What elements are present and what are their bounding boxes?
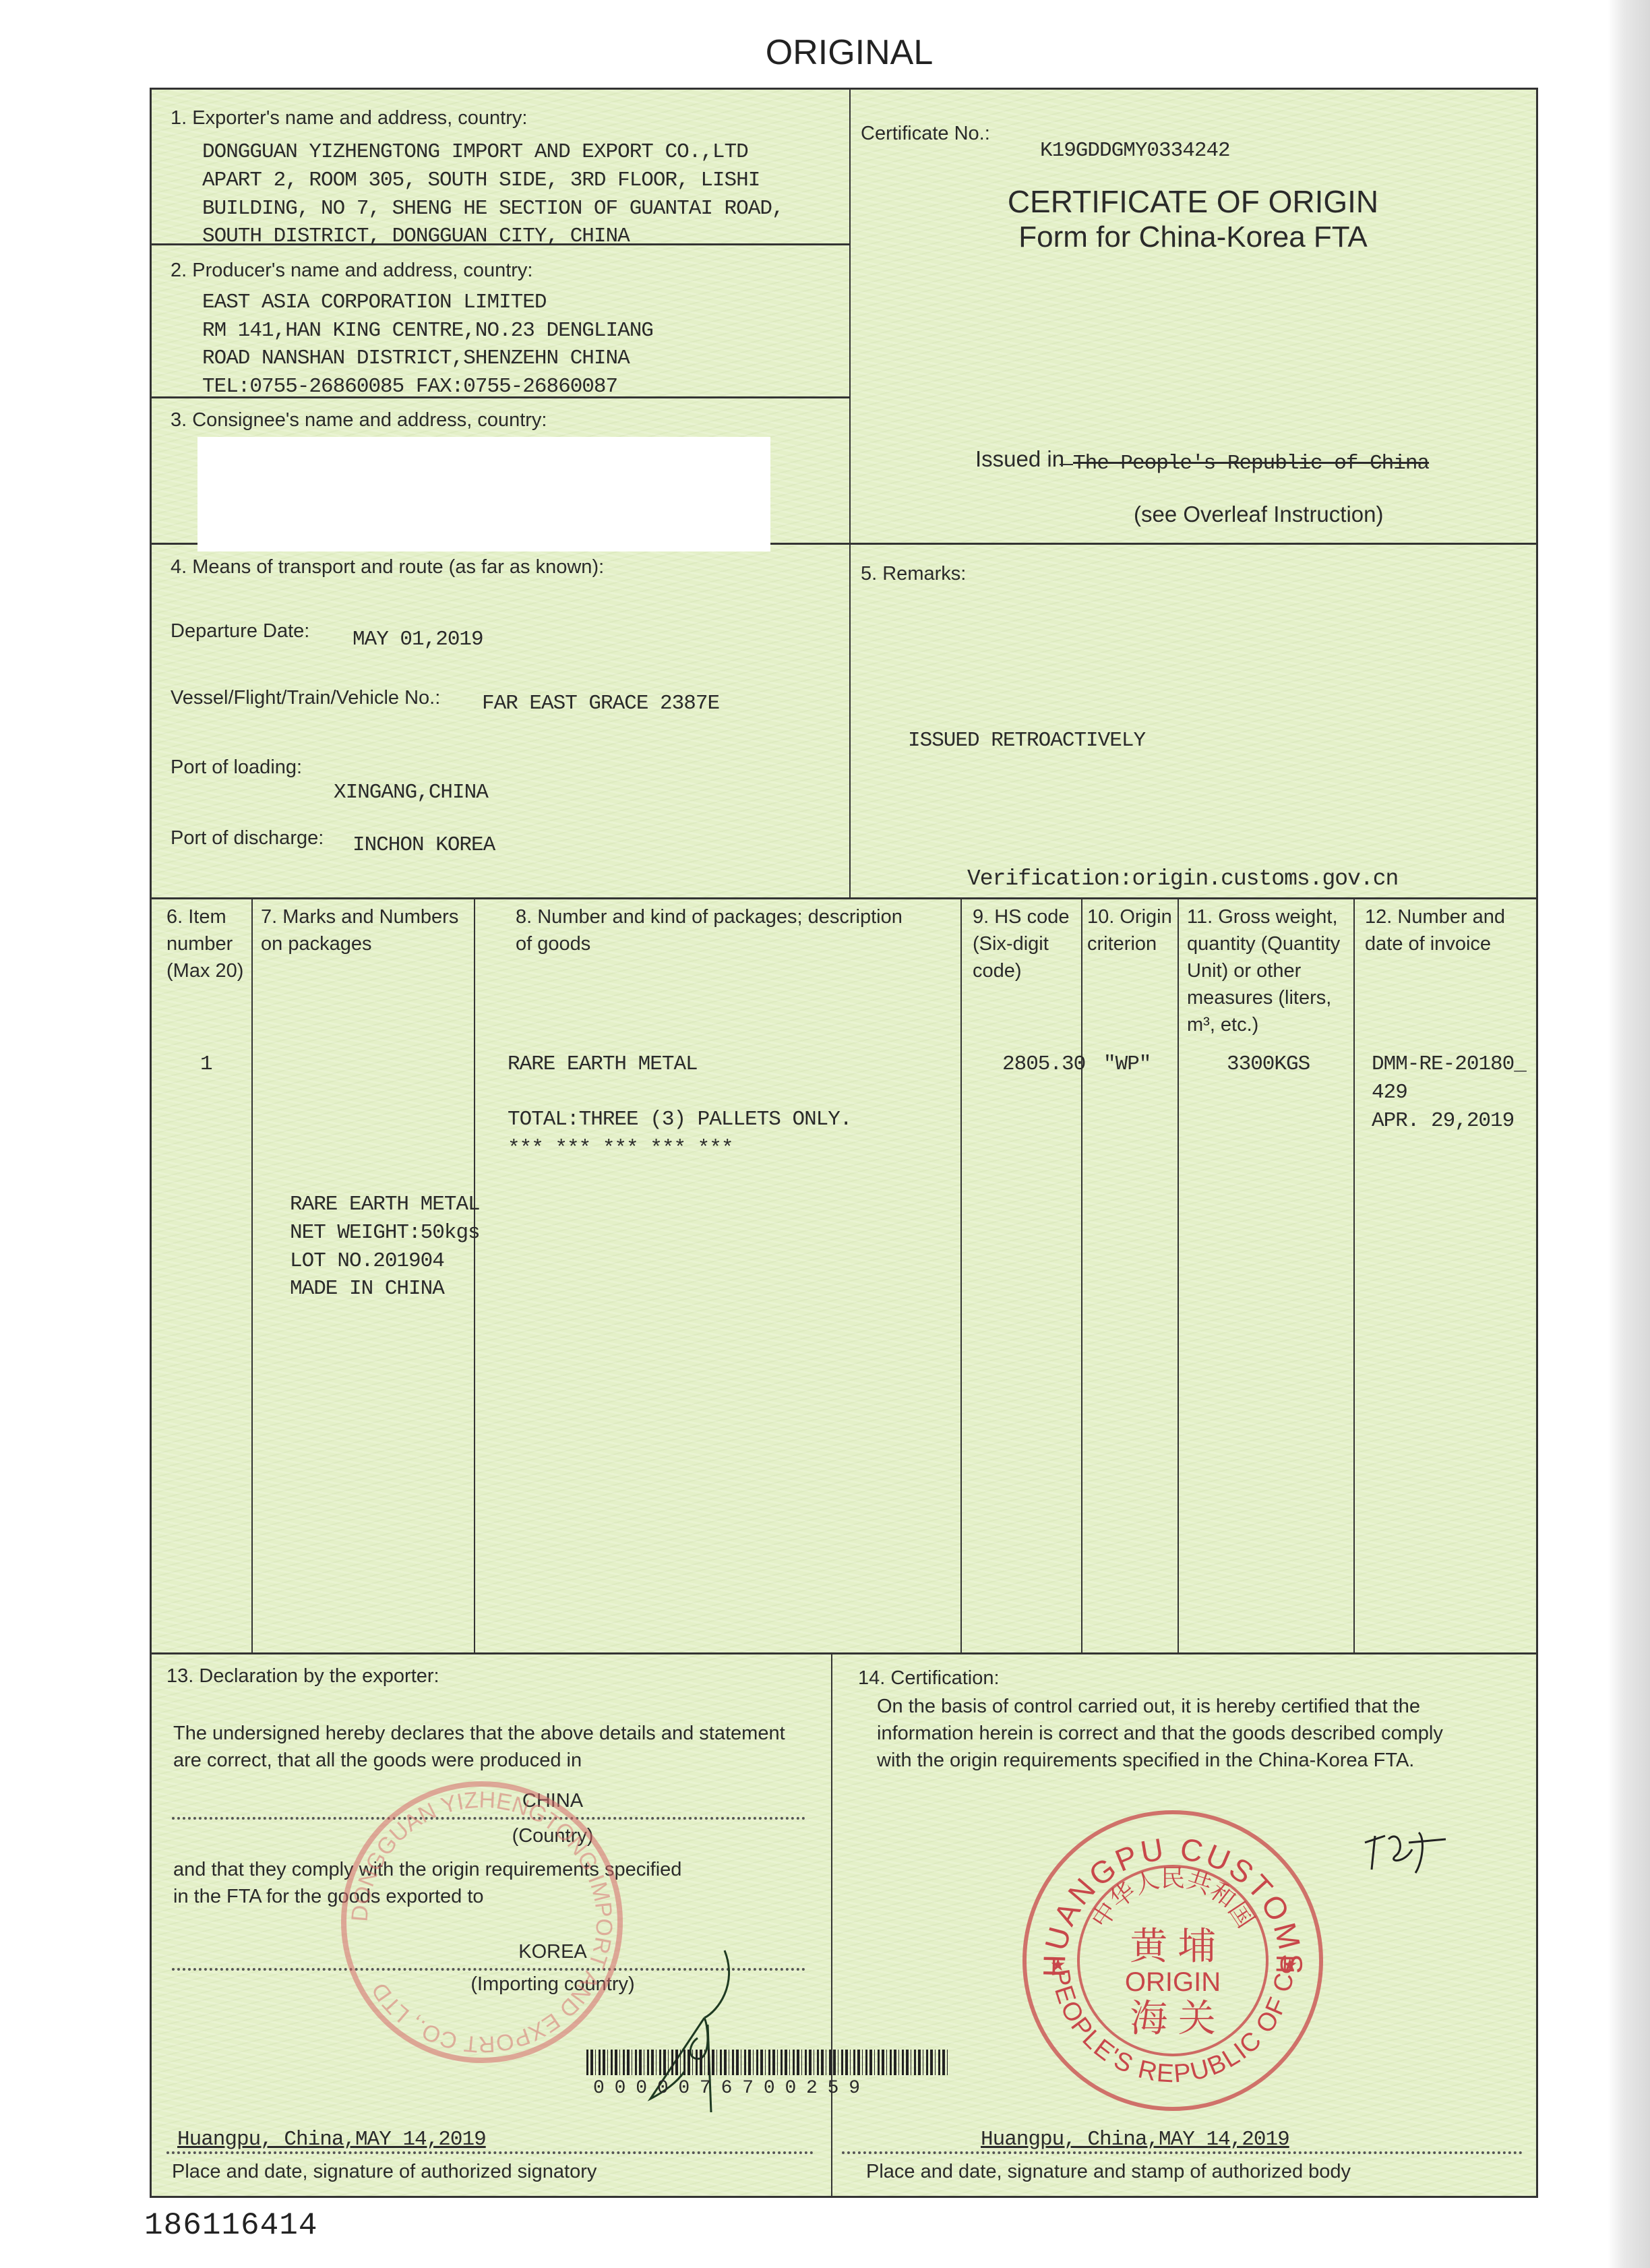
certificate-no-label: Certificate No.: <box>861 120 990 147</box>
box5-label: 5. Remarks: <box>861 560 966 587</box>
header-line: 10. Origin <box>1087 903 1172 930</box>
certification-text: with the origin requirements specified i… <box>877 1747 1414 1774</box>
page-edge-shadow <box>1608 0 1650 2268</box>
exporter-line: BUILDING, NO 7, SHENG HE SECTION OF GUAN… <box>202 195 784 223</box>
header-line: 8. Number and kind of packages; descript… <box>516 903 903 930</box>
certificate-no-value: K19GDDGMY0334242 <box>1040 137 1230 165</box>
svg-text:★: ★ <box>1282 1954 1297 1975</box>
description-line: RARE EARTH METAL <box>508 1050 698 1079</box>
invoice-line: 429 <box>1372 1079 1407 1107</box>
exporter-place-date: Huangpu, China,MAY 14,2019 <box>177 2126 486 2154</box>
col11-header: 11. Gross weight, quantity (Quantity Uni… <box>1187 903 1340 1038</box>
departure-date-label: Departure Date: <box>171 618 309 645</box>
port-discharge-label: Port of discharge: <box>171 825 324 852</box>
header-line: code) <box>973 957 1069 984</box>
customs-footer: Place and date, signature and stamp of a… <box>866 2158 1351 2185</box>
exporter-footer: Place and date, signature of authorized … <box>172 2158 597 2185</box>
header-line: 9. HS code <box>973 903 1069 930</box>
producer-line: ROAD NANSHAN DISTRICT,SHENZEHN CHINA <box>202 345 630 373</box>
dotted-line <box>842 2151 1523 2154</box>
exporter-line: APART 2, ROOM 305, SOUTH SIDE, 3RD FLOOR… <box>202 167 760 195</box>
header-line: m³, etc.) <box>1187 1011 1340 1038</box>
vessel-label: Vessel/Flight/Train/Vehicle No.: <box>171 684 440 711</box>
redacted-consignee <box>197 437 770 551</box>
svg-text:海 关: 海 关 <box>1130 1997 1216 2039</box>
producer-line: TEL:0755-26860085 FAX:0755-26860087 <box>202 373 617 401</box>
col12-header: 12. Number and date of invoice <box>1365 903 1505 957</box>
marks-line: RARE EARTH METAL <box>290 1191 480 1219</box>
marks-line: LOT NO.201904 <box>290 1247 444 1276</box>
port-loading-label: Port of loading: <box>171 754 302 781</box>
serial-number: 186116414 <box>144 2208 317 2243</box>
header-line: measures (liters, <box>1187 984 1340 1011</box>
item-number: 1 <box>200 1050 212 1079</box>
overleaf-instruction: (see Overleaf Instruction) <box>1134 501 1383 528</box>
exporter-line: SOUTH DISTRICT, DONGGUAN CITY, CHINA <box>202 222 630 251</box>
header-line: 7. Marks and Numbers <box>261 903 458 930</box>
box2-label: 2. Producer's name and address, country: <box>171 257 533 284</box>
dotted-line <box>166 2151 814 2154</box>
header-line: 11. Gross weight, <box>1187 903 1340 930</box>
divider <box>1178 899 1179 1652</box>
declaration-text: The undersigned hereby declares that the… <box>173 1720 785 1747</box>
invoice-line: APR. 29,2019 <box>1372 1107 1514 1135</box>
port-discharge-value: INCHON KOREA <box>353 831 495 860</box>
header-line: quantity (Quantity <box>1187 930 1340 957</box>
header-line: on packages <box>261 930 458 957</box>
marks-line: NET WEIGHT:50kgs <box>290 1219 480 1247</box>
certificate-form: 1. Exporter's name and address, country:… <box>150 88 1538 2198</box>
issued-in-underline <box>1060 464 1073 465</box>
marks-line: MADE IN CHINA <box>290 1275 444 1303</box>
header-line: (Max 20) <box>166 957 243 984</box>
box3-label: 3. Consignee's name and address, country… <box>171 407 547 434</box>
issued-in-value: The People's Republic of China <box>1073 450 1429 478</box>
divider <box>474 899 475 1652</box>
divider <box>831 1654 832 2197</box>
col6-header: 6. Item number (Max 20) <box>166 903 243 984</box>
certification-text: On the basis of control carried out, it … <box>877 1693 1420 1720</box>
invoice-line: DMM-RE-20180_ <box>1372 1050 1526 1079</box>
svg-text:★: ★ <box>1050 1954 1066 1975</box>
header-line: number <box>166 930 243 957</box>
divider <box>1081 899 1082 1652</box>
header-line: of goods <box>516 930 903 957</box>
producer-line: EAST ASIA CORPORATION LIMITED <box>202 289 547 317</box>
col8-header: 8. Number and kind of packages; descript… <box>516 903 903 957</box>
customs-stamp: HUANGPU CUSTOMS THE PEOPLE'S REPUBLIC OF… <box>1018 1806 1328 2116</box>
customs-signature <box>1358 1822 1453 1883</box>
gross-weight: 3300KGS <box>1227 1050 1310 1079</box>
exporter-line: DONGGUAN YIZHENGTONG IMPORT AND EXPORT C… <box>202 138 748 167</box>
vessel-value: FAR EAST GRACE 2387E <box>482 690 719 718</box>
header-line: (Six-digit <box>973 930 1069 957</box>
divider <box>152 897 1536 899</box>
verification-url: Verification:origin.customs.gov.cn <box>967 865 1398 893</box>
certificate-title: CERTIFICATE OF ORIGIN <box>849 183 1537 220</box>
svg-text:黄 埔: 黄 埔 <box>1130 1925 1216 1967</box>
header-line: criterion <box>1087 930 1172 957</box>
box1-label: 1. Exporter's name and address, country: <box>171 105 527 131</box>
box4-label: 4. Means of transport and route (as far … <box>171 554 604 580</box>
col10-header: 10. Origin criterion <box>1087 903 1172 957</box>
hs-code: 2805.30 <box>1002 1050 1085 1079</box>
certificate-subtitle: Form for China-Korea FTA <box>849 219 1537 256</box>
col9-header: 9. HS code (Six-digit code) <box>973 903 1069 984</box>
header-line: date of invoice <box>1365 930 1505 957</box>
divider <box>960 899 962 1652</box>
declaration-text: are correct, that all the goods were pro… <box>173 1747 582 1774</box>
certification-text: information herein is correct and that t… <box>877 1720 1443 1747</box>
exporter-stamp: DONGGUAN YIZHENGTONG IMPORT AND EXPORT C… <box>334 1774 630 2070</box>
issued-in-label: Issued in <box>975 446 1064 473</box>
original-heading: ORIGINAL <box>0 32 1650 73</box>
origin-criterion: "WP" <box>1103 1050 1151 1079</box>
departure-date-value: MAY 01,2019 <box>353 626 483 654</box>
header-line: 6. Item <box>166 903 243 930</box>
remarks-value: ISSUED RETROACTIVELY <box>908 727 1145 755</box>
col7-header: 7. Marks and Numbers on packages <box>261 903 458 957</box>
producer-line: RM 141,HAN KING CENTRE,NO.23 DENGLIANG <box>202 317 653 345</box>
description-line: TOTAL:THREE (3) PALLETS ONLY. <box>508 1106 852 1134</box>
barcode <box>586 2050 950 2075</box>
customs-place-date: Huangpu, China,MAY 14,2019 <box>981 2126 1289 2154</box>
barcode-number: 0 0 0 0 0 7 6 7 0 0 2 5 9 <box>593 2075 859 2103</box>
svg-text:DONGGUAN YIZHENGTONG IMPORT AN: DONGGUAN YIZHENGTONG IMPORT AND EXPORT C… <box>347 1787 617 2058</box>
description-line: *** *** *** *** *** <box>508 1135 733 1163</box>
divider <box>152 1652 1536 1654</box>
header-line: 12. Number and <box>1365 903 1505 930</box>
divider <box>251 899 253 1652</box>
box14-label: 14. Certification: <box>858 1665 1000 1692</box>
header-line: Unit) or other <box>1187 957 1340 984</box>
divider <box>1353 899 1355 1652</box>
svg-text:ORIGIN: ORIGIN <box>1125 1967 1221 1997</box>
port-loading-value: XINGANG,CHINA <box>334 779 488 807</box>
box13-label: 13. Declaration by the exporter: <box>166 1663 439 1690</box>
